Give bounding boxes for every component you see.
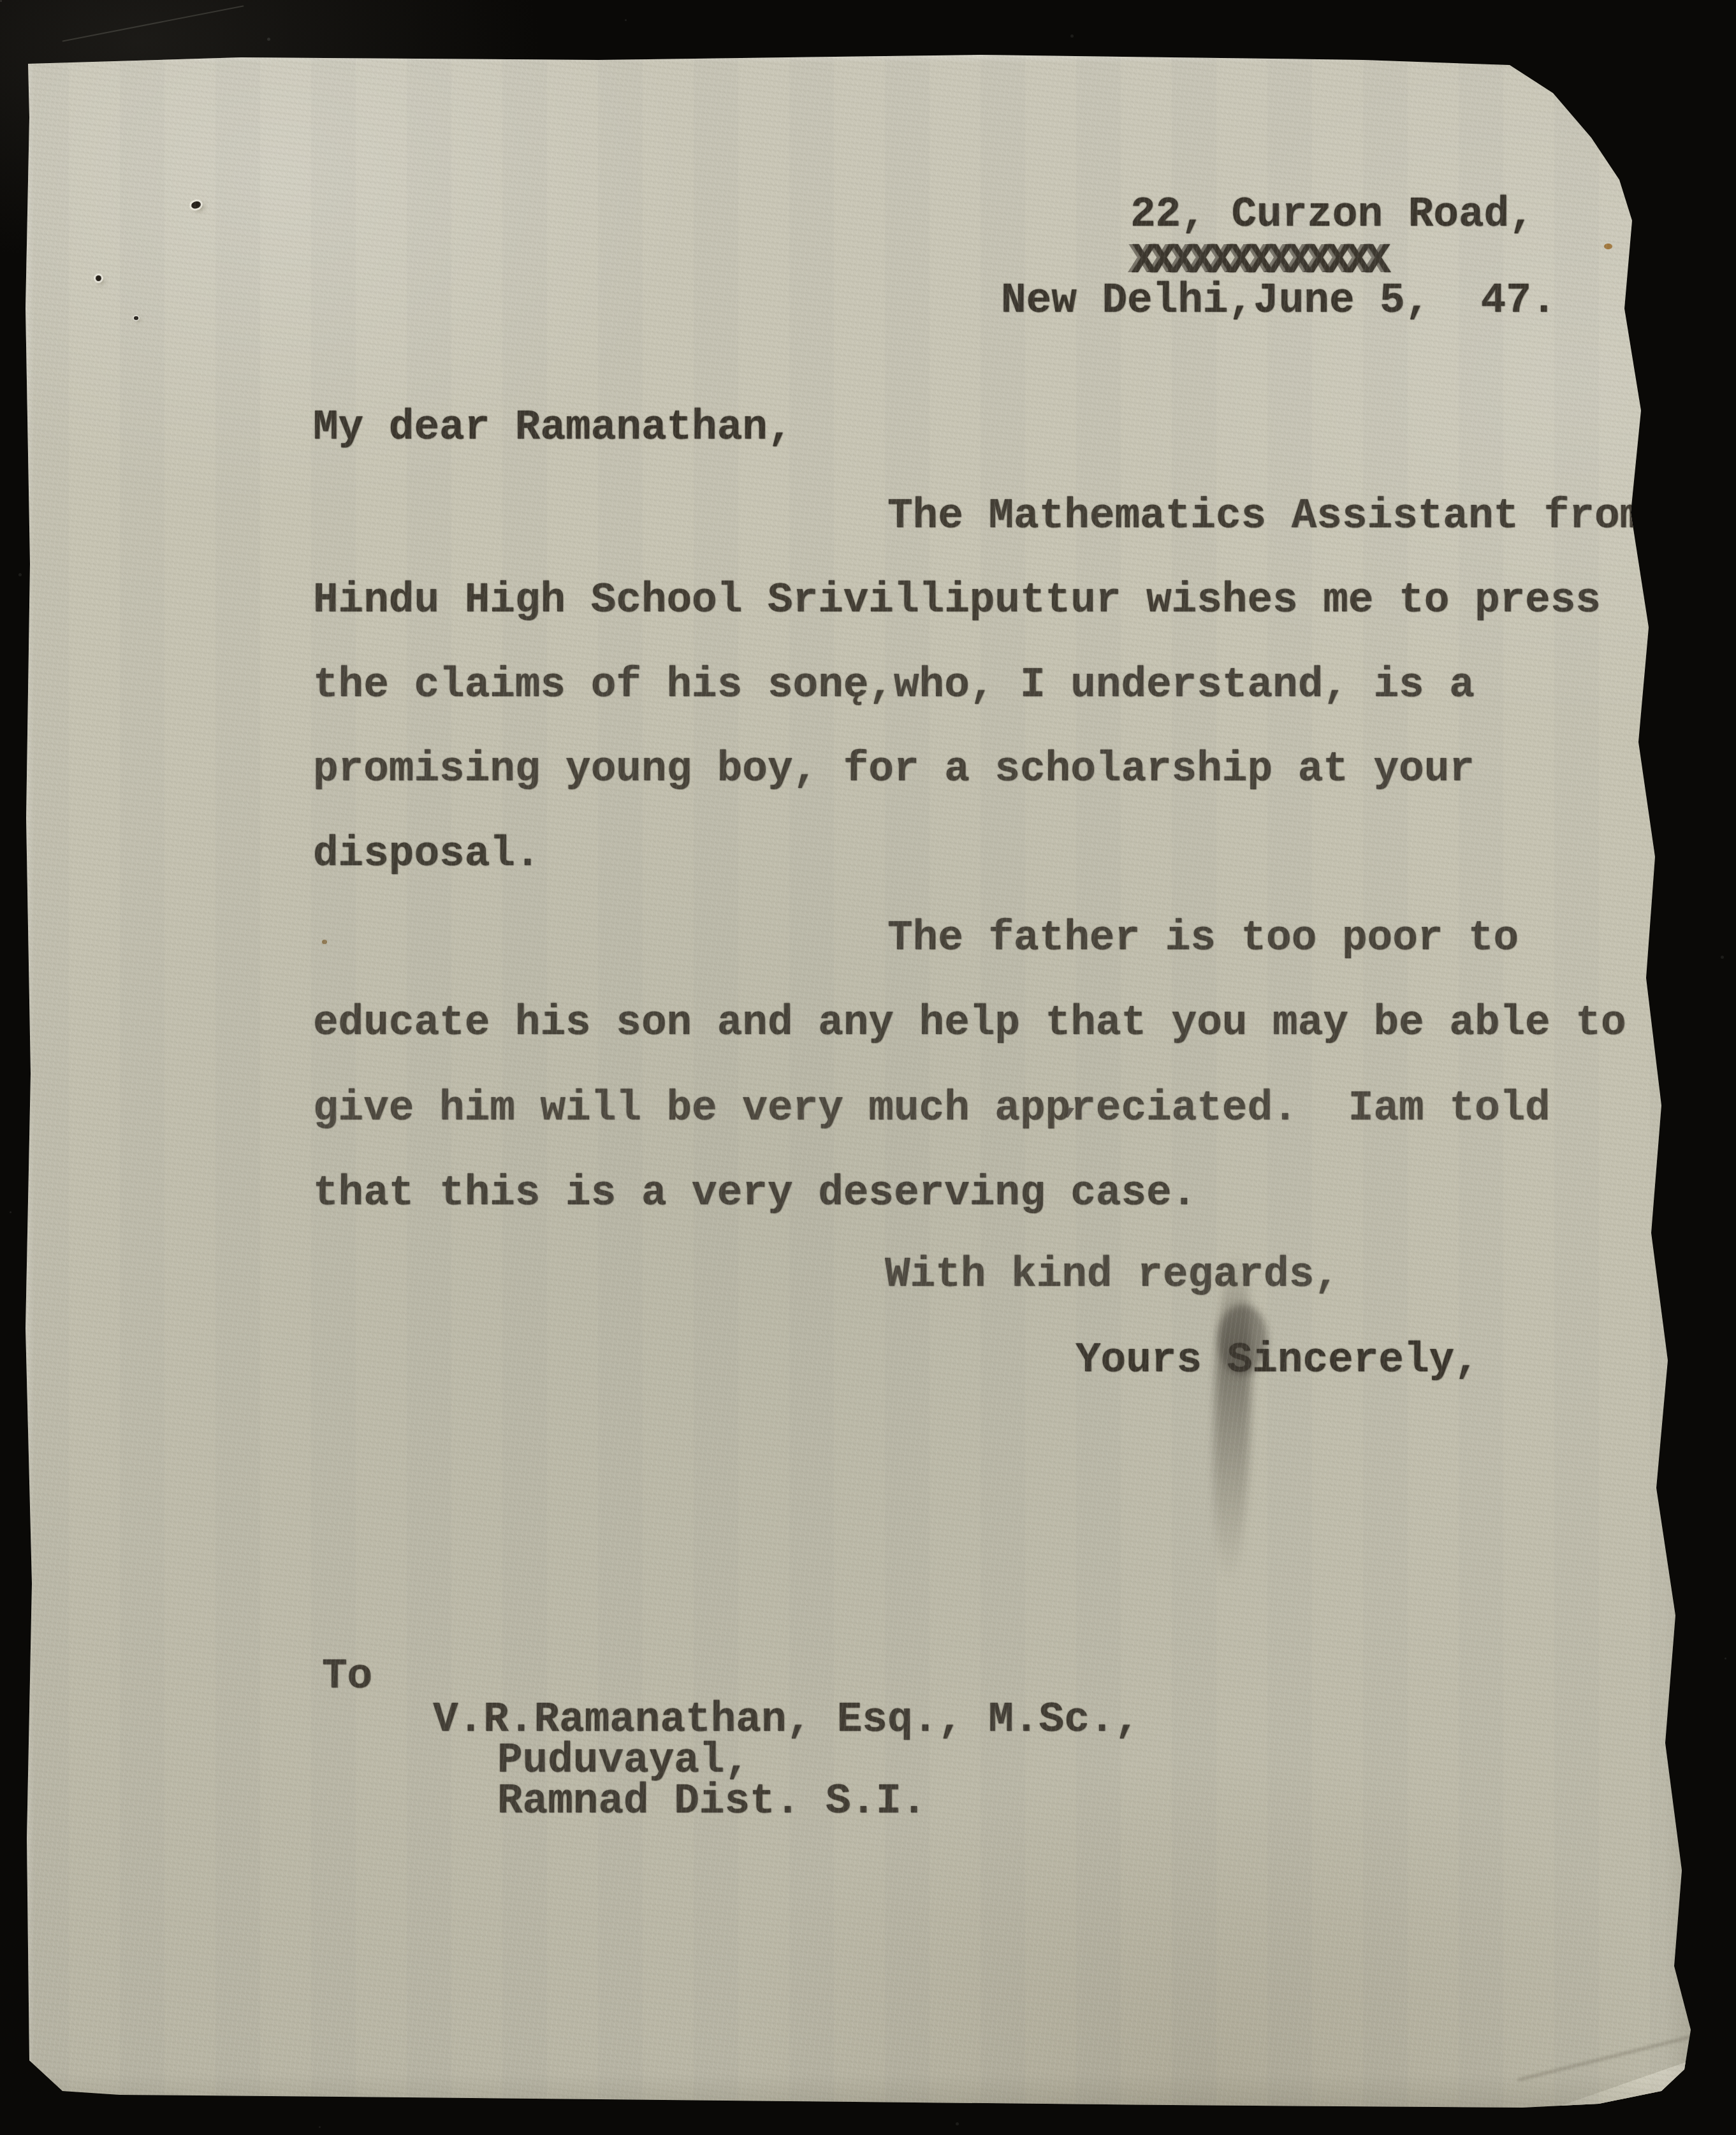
paragraph1-line2: Hindu High School Srivilliputtur wishes … [313,576,1601,625]
header-address-line: 22, Curzon Road, [1130,191,1535,239]
paragraph1-line3: the claims of his sonę,who, I understand… [313,661,1475,710]
pinhole [96,275,101,281]
fold-crease [1518,2027,1726,2081]
letter-paper: 22, Curzon Road, XXXXXXXXXXXXX New Delhi… [24,54,1709,2111]
paragraph2-line4: that this is a very deserving case. [313,1169,1197,1218]
paragraph1-line1: The Mathematics Assistant from [887,492,1645,541]
scratch-mark [62,5,244,41]
date-line: New Delhi,June 5, 47. [1001,277,1556,325]
ink-smudge [1210,1251,1255,1584]
pinhole [191,200,201,210]
paragraph1-line5: disposal. [313,830,540,878]
signature-line: Yours Sincerely, [1076,1336,1480,1385]
dust-specks [0,0,2,2]
stray-ink-mark: ’ [1056,1103,1081,1143]
ink-smudge-blob [1218,1304,1267,1374]
rust-speck [322,940,327,944]
rust-speck [1587,94,1594,99]
paragraph2-line1: The father is too poor to [887,914,1519,963]
recipient-label: To [322,1652,372,1701]
folded-corner [1548,2048,1710,2110]
rust-speck [1604,244,1612,249]
scan-background: 22, Curzon Road, XXXXXXXXXXXXX New Delhi… [0,0,1736,2135]
paragraph2-line2: educate his son and any help that you ma… [313,999,1626,1047]
paragraph1-line4: promising young boy, for a scholarship a… [313,745,1475,794]
paragraph2-line3: give him will be very much appreciated. … [313,1084,1550,1133]
closing-regards: With kind regards, [885,1251,1339,1299]
recipient-address-line-3: Ramnad Dist. S.I. [497,1777,926,1826]
pinhole [134,316,138,320]
salutation: My dear Ramanathan, [313,404,793,452]
